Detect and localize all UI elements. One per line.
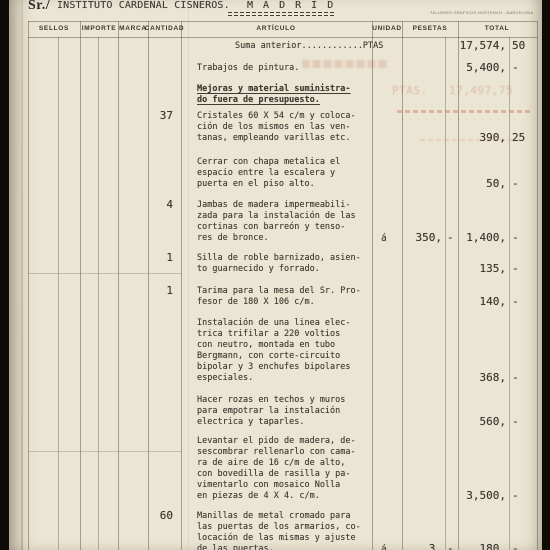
article-line: zada para la instalación de las: [197, 211, 356, 222]
article-line: res de bronce.: [197, 233, 269, 244]
table-vertical-rule: [458, 21, 459, 550]
total-value: 368,: [436, 372, 506, 383]
article-line: locación de las mismas y ajuste: [197, 533, 356, 544]
table-vertical-rule: [181, 21, 182, 550]
article-line: espacio entre la escalera y: [197, 168, 335, 179]
total-decimal: -: [512, 232, 519, 243]
addressee-name: INSTITUTO CARDENAL CISNEROS.: [57, 0, 230, 11]
bleedthrough-amount: PTAS. 17,497,75: [392, 84, 513, 97]
table-vertical-subrule: [509, 37, 510, 550]
total-value: 390,: [436, 132, 506, 143]
total-value: 560,: [436, 416, 506, 427]
article-line: de las puertas.: [197, 544, 274, 550]
column-header: ARTÍCULO: [231, 25, 321, 32]
total-decimal: -: [512, 372, 519, 383]
article-line: Manillas de metal cromado para: [197, 511, 351, 522]
unit-value: á: [381, 233, 387, 244]
article-line: Hacer rozas en techos y muros: [197, 395, 345, 406]
total-decimal: -: [512, 490, 519, 501]
article-line: Jambas de madera impermeabili-: [197, 200, 351, 211]
unit-value: á: [381, 544, 387, 550]
bleedthrough-smudge: [302, 60, 388, 68]
total-decimal: -: [512, 62, 519, 73]
printer-mark: TALLERES GRAFICOS HOSTENCH - BARCELONA: [430, 10, 533, 15]
total-decimal: -: [512, 178, 519, 189]
article-line: tanas, empleando varillas etc.: [197, 133, 351, 144]
table-vertical-rule: [537, 21, 538, 550]
quantity-value: 1: [140, 285, 173, 296]
article-line: cortinas con barreón y tenso-: [197, 222, 345, 233]
paper-crease: [21, 0, 23, 550]
article-line: Cristales 60 X 54 c/m y coloca-: [197, 111, 356, 122]
article-line: Mejoras y material suministra-: [197, 84, 351, 95]
total-decimal: -: [512, 263, 519, 274]
article-line: trica trifilar a 220 voltios: [197, 329, 340, 340]
article-line: fesor de 180 X 106 c/m.: [197, 297, 315, 308]
quantity-value: 4: [140, 199, 173, 210]
total-value: 180,: [436, 543, 506, 550]
article-line: to guarnecido y forrado.: [197, 264, 320, 275]
article-line: do fuera de presupuesto.: [197, 95, 320, 106]
quantity-value: 37: [140, 110, 173, 121]
column-header: CANTIDAD: [120, 25, 210, 32]
table-vertical-subrule: [58, 37, 59, 550]
quantity-value: 60: [140, 510, 173, 521]
city-underline: [228, 12, 334, 17]
total-value: 135,: [436, 263, 506, 274]
article-line: con neutro, montada en tubo: [197, 340, 335, 351]
total-value: 5,400,: [436, 62, 506, 73]
bleedthrough-dashed-line: [397, 110, 533, 113]
form-sender-mark: Sr./: [28, 0, 50, 14]
total-decimal: -: [512, 296, 519, 307]
total-decimal: -: [512, 543, 519, 550]
article-line: en piezas de 4 X 4. c/m.: [197, 491, 320, 502]
total-decimal: 25: [512, 132, 525, 143]
article-line: Trabajos de pintura.: [197, 63, 299, 74]
article-line: las puertas de los armarios, co-: [197, 522, 361, 533]
table-vertical-rule: [28, 21, 29, 550]
stub-row-rule: [28, 451, 181, 452]
article-line: Levantar el pido de madera, de-: [197, 436, 356, 447]
total-value: 50,: [436, 178, 506, 189]
article-line: sescombrar rellenarlo con cama-: [197, 447, 356, 458]
article-line: Cerrar con chapa metalica el: [197, 157, 340, 168]
total-decimal: -: [512, 416, 519, 427]
article-line: ción de los mismos en las ven-: [197, 122, 351, 133]
article-line: con bovedilla de rasilla y pa-: [197, 469, 351, 480]
paper-crease: [188, 0, 189, 550]
table-horizontal-rule: [28, 37, 537, 38]
article-line: Silla de roble barnizado, asien-: [197, 253, 361, 264]
city-label: M A D R I D: [247, 0, 335, 11]
article-line: para empotrar la instalación: [197, 406, 340, 417]
table-vertical-rule: [118, 21, 119, 550]
article-line: bipolar y 3 enchufes bipolares: [197, 362, 351, 373]
stub-row-rule: [28, 273, 181, 274]
table-vertical-rule: [402, 21, 403, 550]
quantity-value: 1: [140, 252, 173, 263]
table-vertical-rule: [80, 21, 81, 550]
article-line: Bergmann, con corte-circuito: [197, 351, 340, 362]
total-value: 140,: [436, 296, 506, 307]
article-line: Suma anterior............PTAS: [235, 41, 383, 52]
total-decimal: 50: [512, 40, 525, 51]
table-vertical-rule: [372, 21, 373, 550]
table-vertical-subrule: [445, 37, 446, 550]
article-line: Tarima para la mesa del Sr. Pro-: [197, 286, 361, 297]
article-line: puerta en el piso alto.: [197, 179, 315, 190]
total-value: 1,400,: [436, 232, 506, 243]
article-line: Instalación de una linea elec-: [197, 318, 351, 329]
total-value: 3,500,: [436, 490, 506, 501]
total-value: 17,574,: [436, 40, 506, 51]
table-horizontal-rule: [28, 21, 537, 22]
article-line: especiales.: [197, 373, 253, 384]
article-line: electrica y taparles.: [197, 417, 304, 428]
column-header: TOTAL: [452, 25, 542, 32]
table-vertical-subrule: [98, 37, 99, 550]
article-line: vimentarlo con mosaico Nolla: [197, 480, 340, 491]
photo-backdrop: PTAS. 17,497,75 Sr./ INSTITUTO CARDENAL …: [0, 0, 550, 550]
article-line: ra de aire de 16 c/m de alto,: [197, 458, 345, 469]
